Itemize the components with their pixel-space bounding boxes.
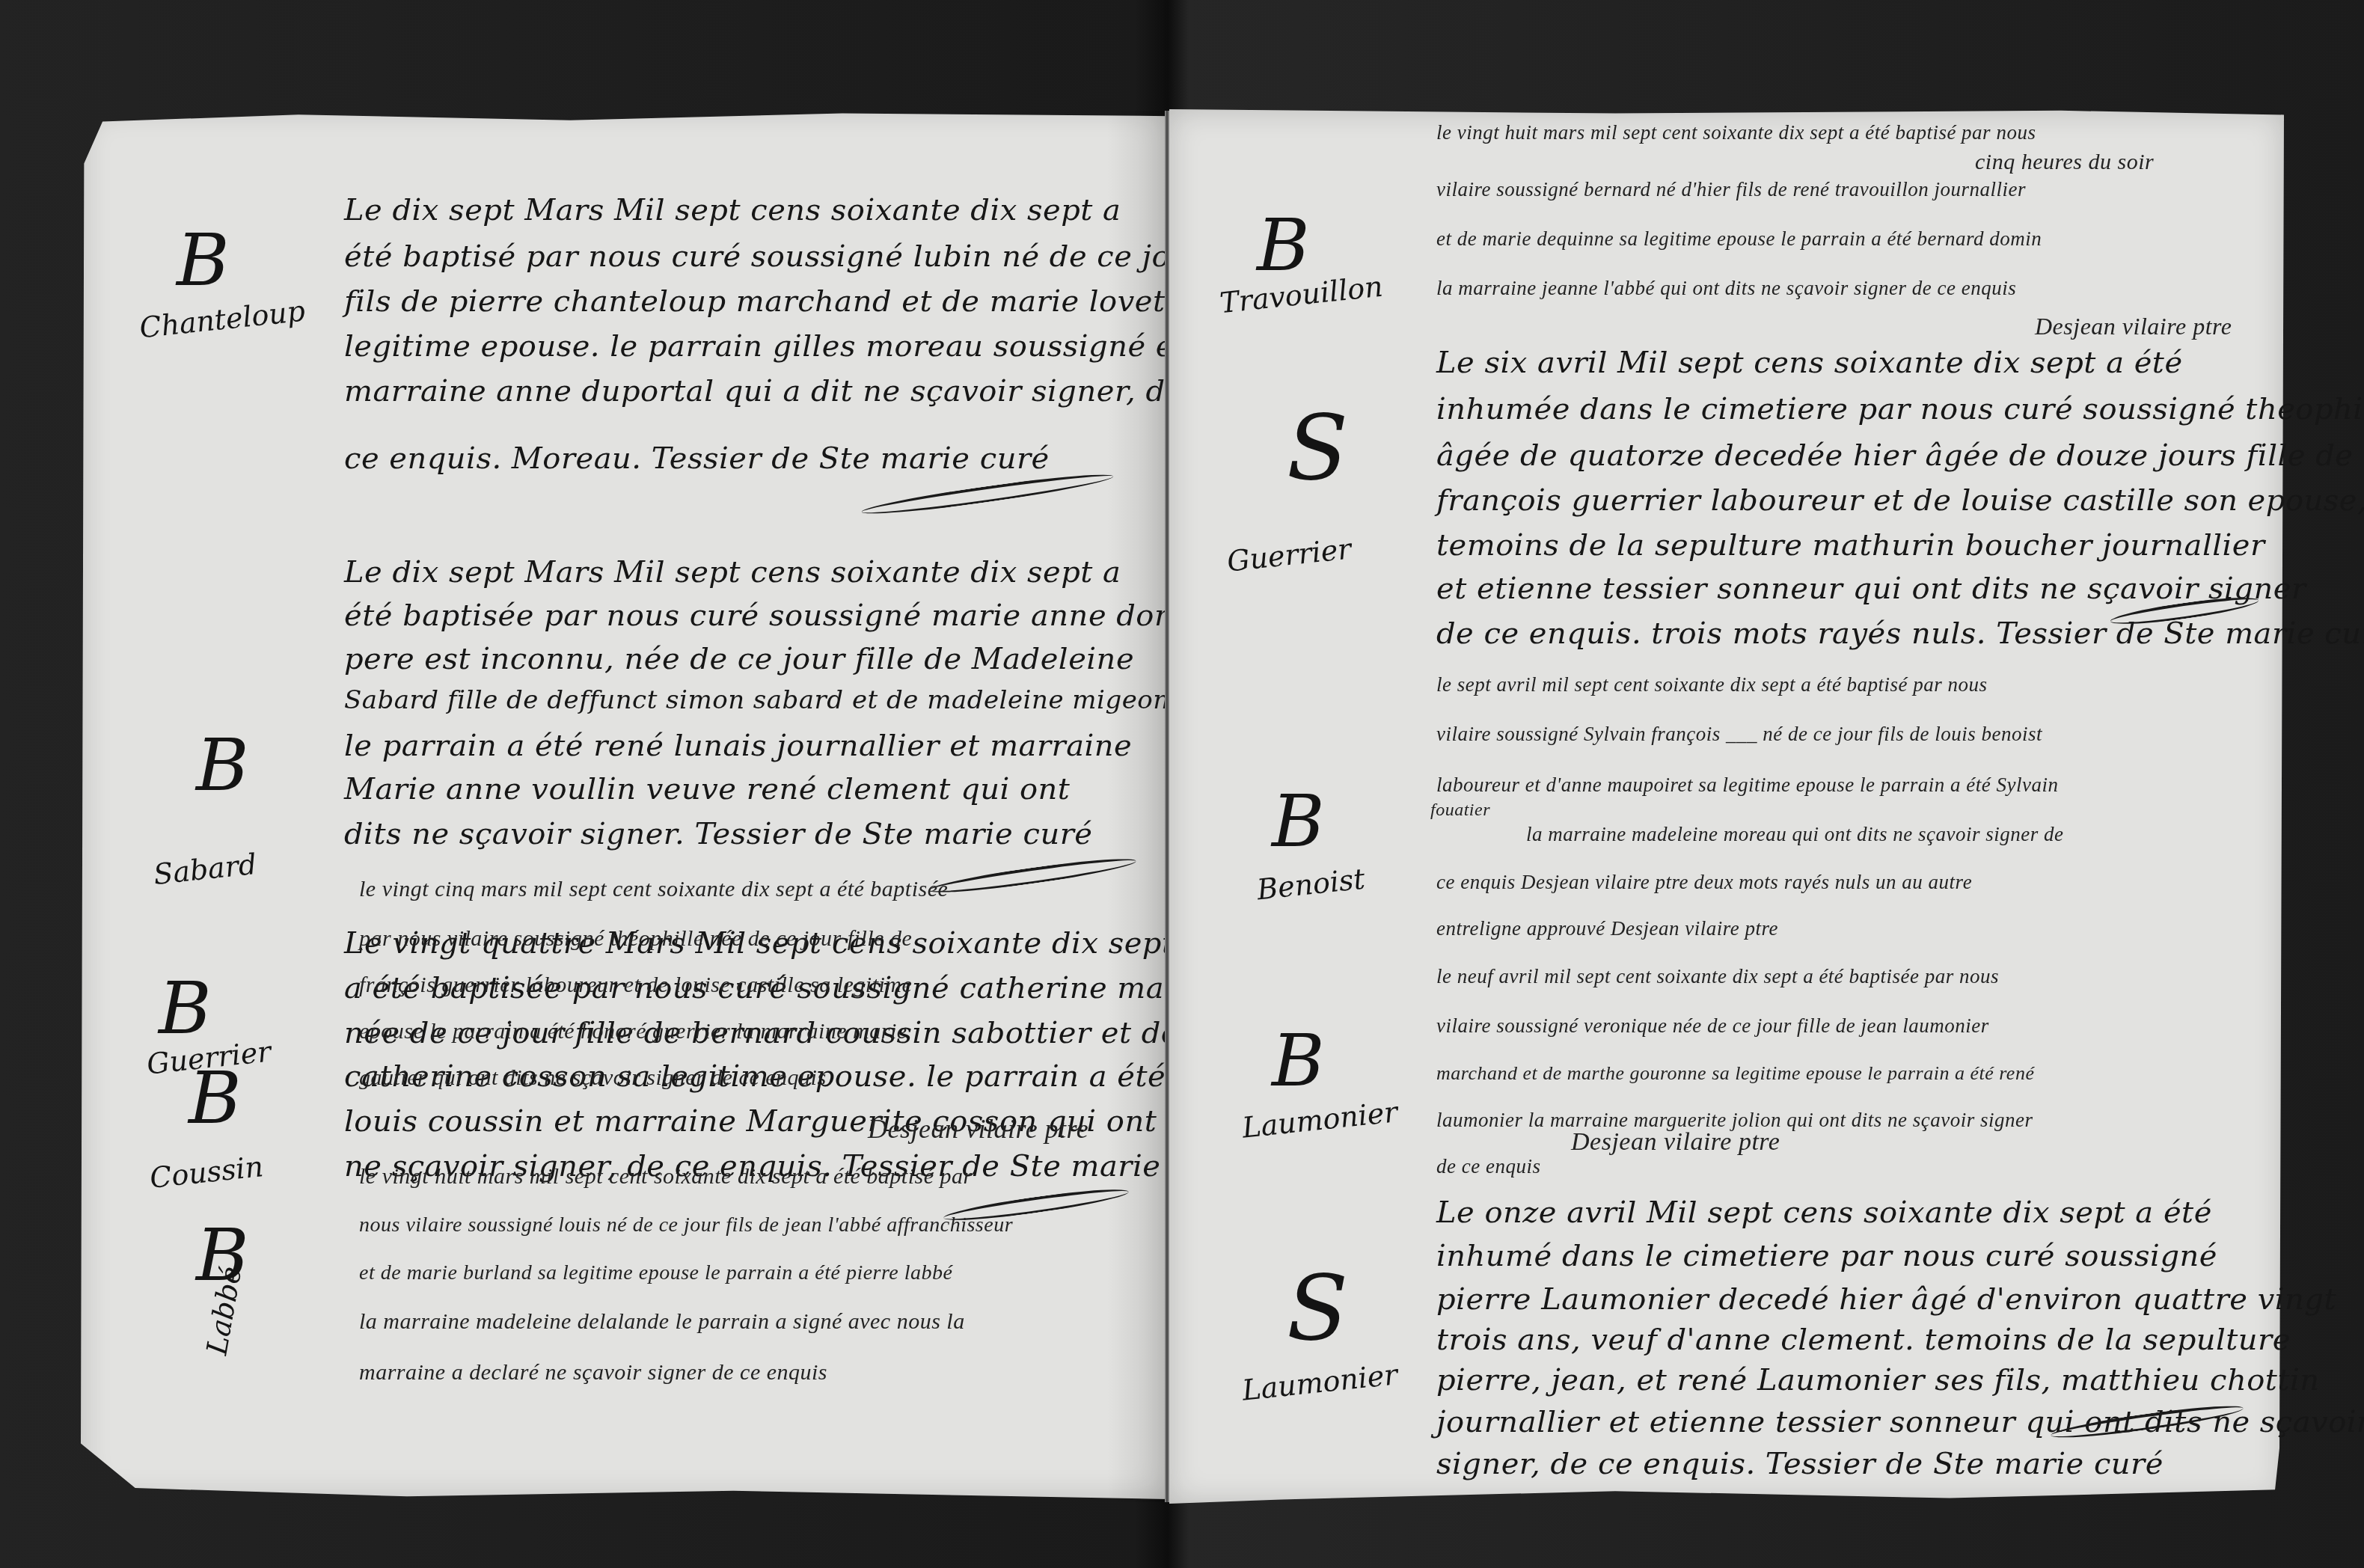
- margin-surname: Benoist: [1257, 868, 1365, 901]
- entry-line: legitime epouse. le parrain gilles morea…: [344, 329, 1186, 364]
- entry-line: nous vilaire soussigné louis né de ce jo…: [359, 1213, 1013, 1237]
- book-gutter: [1165, 111, 1169, 1502]
- margin-burial-mark: S: [1287, 1264, 1348, 1354]
- entry-line: marraine anne duportal qui a dit ne sçav…: [344, 374, 1183, 408]
- entry-line: le vingt huit mars mil sept cent soixant…: [359, 1164, 973, 1189]
- interlinear-note: fouatier: [1430, 800, 1490, 821]
- entry-line: et de marie burland sa legitime epouse l…: [359, 1261, 953, 1285]
- entry-line: marchand et de marthe gouronne sa legiti…: [1436, 1062, 2034, 1085]
- entry-line: pierre Laumonier decedé hier âgé d'envir…: [1436, 1282, 2336, 1317]
- entry-line: été baptisé par nous curé soussigné lubi…: [344, 239, 1204, 274]
- entry-line: signer, de ce enquis. Tessier de Ste mar…: [1436, 1447, 2164, 1481]
- entry-line: Le six avril Mil sept cens soixante dix …: [1436, 346, 2183, 380]
- entry-line: de ce enquis. trois mots rayés nuls. Tes…: [1436, 616, 2364, 651]
- entry-line: temoins de la sepulture mathurin boucher…: [1436, 528, 2265, 563]
- margin-surname: Laumonier: [1242, 1103, 1398, 1136]
- margin-baptism-mark: B: [1272, 1025, 1325, 1097]
- interlinear-note: cinq heures du soir: [1975, 150, 2154, 175]
- margin-baptism-mark: B: [1272, 785, 1325, 857]
- entry-line: Le onze avril Mil sept cens soixante dix…: [1436, 1195, 2212, 1230]
- margin-surname: Coussin: [150, 1156, 263, 1189]
- entry-line: gautier qui ont dits ne sçavoir signer d…: [359, 1065, 827, 1091]
- entry-line: âgée de quatorze decedée hier âgée de do…: [1436, 438, 2353, 473]
- entry-line: et de marie dequinne sa legitime epouse …: [1436, 227, 2042, 251]
- entry-line: été baptisée par nous curé soussigné mar…: [344, 598, 1224, 633]
- entry-line: la marraine madeleine delalande le parra…: [359, 1309, 965, 1335]
- margin-surname: Guerrier: [147, 1041, 271, 1074]
- entry-line: de ce enquis: [1436, 1155, 1540, 1178]
- entry-line: par nous vilaire soussigné théophille né…: [359, 926, 912, 952]
- margin-surname: Chanteloup: [139, 303, 305, 336]
- entry-line: vilaire soussigné bernard né d'hier fils…: [1436, 178, 2026, 201]
- entry-line: françois guerrier laboureur et de louise…: [1436, 483, 2364, 518]
- entry-line: vilaire soussigné veronique née de ce jo…: [1436, 1014, 1989, 1038]
- baptism-letter: B: [177, 224, 230, 296]
- entry-line: pere est inconnu, née de ce jour fille d…: [344, 642, 1134, 676]
- entry-line: Le dix sept Mars Mil sept cens soixante …: [344, 193, 1121, 227]
- entry-line: Le dix sept Mars Mil sept cens soixante …: [344, 555, 1121, 589]
- margin-surname: Labbé: [180, 1294, 269, 1327]
- entry-line: le neuf avril mil sept cent soixante dix…: [1436, 965, 1999, 988]
- entry-line: Marie anne voullin veuve rené clement qu…: [344, 772, 1070, 806]
- entry-line: le vingt huit mars mil sept cent soixant…: [1436, 121, 2036, 144]
- margin-surname: Laumonier: [1242, 1366, 1398, 1399]
- margin-burial-mark: S: [1287, 404, 1348, 494]
- entry-line: dits ne sçavoir signer. Tessier de Ste m…: [344, 817, 1092, 851]
- entry-line: fils de pierre chanteloup marchand et de…: [344, 284, 1209, 319]
- entry-line: et etienne tessier sonneur qui ont dits …: [1436, 572, 2306, 606]
- entry-line: le parrain a été rené lunais journallier…: [344, 729, 1132, 763]
- margin-surname: Travouillon: [1219, 278, 1383, 311]
- entry-line: entreligne approuvé Desjean vilaire ptre: [1436, 917, 1778, 940]
- entry-line: vilaire soussigné Sylvain françois ___ n…: [1436, 723, 2042, 746]
- entry-line: le sept avril mil sept cent soixante dix…: [1436, 673, 1988, 696]
- signature: Desjean vilaire ptre: [1571, 1128, 1780, 1157]
- entry-line: françois guerrier laboureur et de louise…: [359, 973, 912, 998]
- entry-line: trois ans, veuf d'anne clement. temoins …: [1436, 1323, 2291, 1357]
- entry-line: pierre, jean, et rené Laumonier ses fils…: [1436, 1363, 2320, 1397]
- margin-baptism-mark: B: [177, 224, 230, 296]
- gutter-shadow: [1107, 111, 1166, 1502]
- margin-baptism-mark: B: [159, 973, 212, 1044]
- entry-line: inhumé dans le cimetiere par nous curé s…: [1436, 1239, 2217, 1273]
- entry-line: ce enquis. Moreau. Tessier de Ste marie …: [344, 441, 1050, 476]
- margin-surname: Guerrier: [1227, 539, 1351, 572]
- entry-line: louis coussin et marraine Marguerite cos…: [344, 1104, 1224, 1139]
- signature: Desjean vilaire ptre: [868, 1113, 1088, 1145]
- entry-line: laboureur et d'anne maupoiret sa legitim…: [1436, 774, 2058, 797]
- entry-line: la marraine jeanne l'abbé qui ont dits n…: [1436, 277, 2016, 300]
- margin-surname: Sabard: [153, 853, 257, 886]
- entry-line: ce enquis Desjean vilaire ptre deux mots…: [1436, 871, 1972, 894]
- entry-line: marraine a declaré ne sçavoir signer de …: [359, 1360, 827, 1385]
- entry-line: inhumée dans le cimetiere par nous curé …: [1436, 392, 2364, 426]
- entry-line: la marraine madeleine moreau qui ont dit…: [1526, 823, 2063, 846]
- margin-baptism-mark: B: [1257, 209, 1310, 281]
- margin-baptism-mark: B: [196, 729, 249, 801]
- entry-line: le vingt cinq mars mil sept cent soixant…: [359, 877, 948, 902]
- entry-line: epouse le parrain a été honoré guerrier …: [359, 1019, 907, 1044]
- signature: Desjean vilaire ptre: [2035, 313, 2232, 340]
